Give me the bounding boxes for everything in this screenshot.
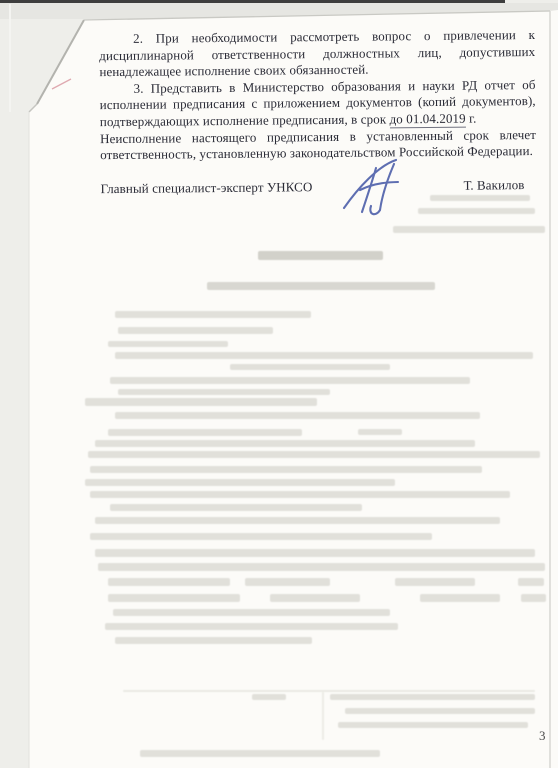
- bleed-through-line: [123, 690, 535, 692]
- bleed-through-line: [393, 226, 545, 233]
- bleed-through-line: [258, 251, 383, 260]
- bleed-through-line: [430, 195, 530, 201]
- bleed-through-line: [98, 563, 545, 571]
- bleed-through-line: [521, 594, 546, 602]
- bleed-through-line: [90, 533, 432, 540]
- signatory-title: Главный специалист-эксперт УНКСО: [100, 179, 312, 198]
- bleed-through-line: [420, 594, 500, 602]
- bleed-through-line: [118, 327, 273, 334]
- bleed-through-line: [105, 623, 398, 630]
- bleed-through-line: [245, 578, 330, 586]
- bleed-through-line: [140, 750, 380, 757]
- bleed-through-line: [108, 341, 228, 347]
- signatory-name: Т. Вакилов: [463, 177, 524, 194]
- scanned-document: 2. При необходимости рассмотреть вопрос …: [0, 0, 558, 768]
- underlined-date: до 01.04.2019: [389, 111, 465, 129]
- document-text-line: ответственность, установленную законодат…: [100, 143, 536, 164]
- bleed-through-line: [108, 594, 240, 602]
- bleed-through-line: [322, 692, 324, 740]
- bleed-through-line: [115, 412, 480, 419]
- bleed-through-line: [110, 504, 362, 511]
- bleed-through-line: [85, 479, 395, 486]
- bleed-through-line: [95, 549, 535, 557]
- bleed-through-line: [108, 578, 230, 586]
- bleed-through-line: [207, 282, 435, 290]
- bleed-through-line: [338, 722, 528, 728]
- bleed-through-line: [90, 466, 482, 473]
- bleed-through-line: [330, 694, 535, 700]
- bleed-through-line: [88, 451, 540, 458]
- scanner-edge-left: [0, 0, 9, 768]
- bleed-through-line: [95, 440, 475, 447]
- bleed-through-line: [95, 517, 500, 524]
- bleed-through-line: [110, 377, 470, 384]
- body-paragraphs: 2. При необходимости рассмотреть вопрос …: [99, 27, 536, 164]
- bleed-through-line: [115, 352, 533, 359]
- bleed-through-line: [270, 594, 360, 602]
- document-text: 2. При необходимости рассмотреть вопрос …: [99, 27, 537, 198]
- bleed-through-line: [85, 398, 317, 406]
- page-number: 3: [539, 728, 546, 744]
- bleed-through-line: [108, 429, 302, 436]
- bleed-through-line: [118, 389, 330, 395]
- bleed-through-line: [252, 694, 286, 700]
- scanner-edge-top: [0, 0, 505, 3]
- bleed-through-line: [395, 578, 475, 586]
- bleed-through-line: [358, 429, 402, 435]
- bleed-through-line: [113, 609, 390, 616]
- bleed-through-line: [115, 637, 312, 644]
- bleed-through-line: [90, 491, 510, 498]
- bleed-through-line: [230, 364, 390, 370]
- bleed-through-line: [518, 578, 544, 586]
- bleed-through-line: [115, 311, 311, 318]
- bleed-through-line: [418, 208, 535, 214]
- bleed-through-line: [345, 708, 535, 714]
